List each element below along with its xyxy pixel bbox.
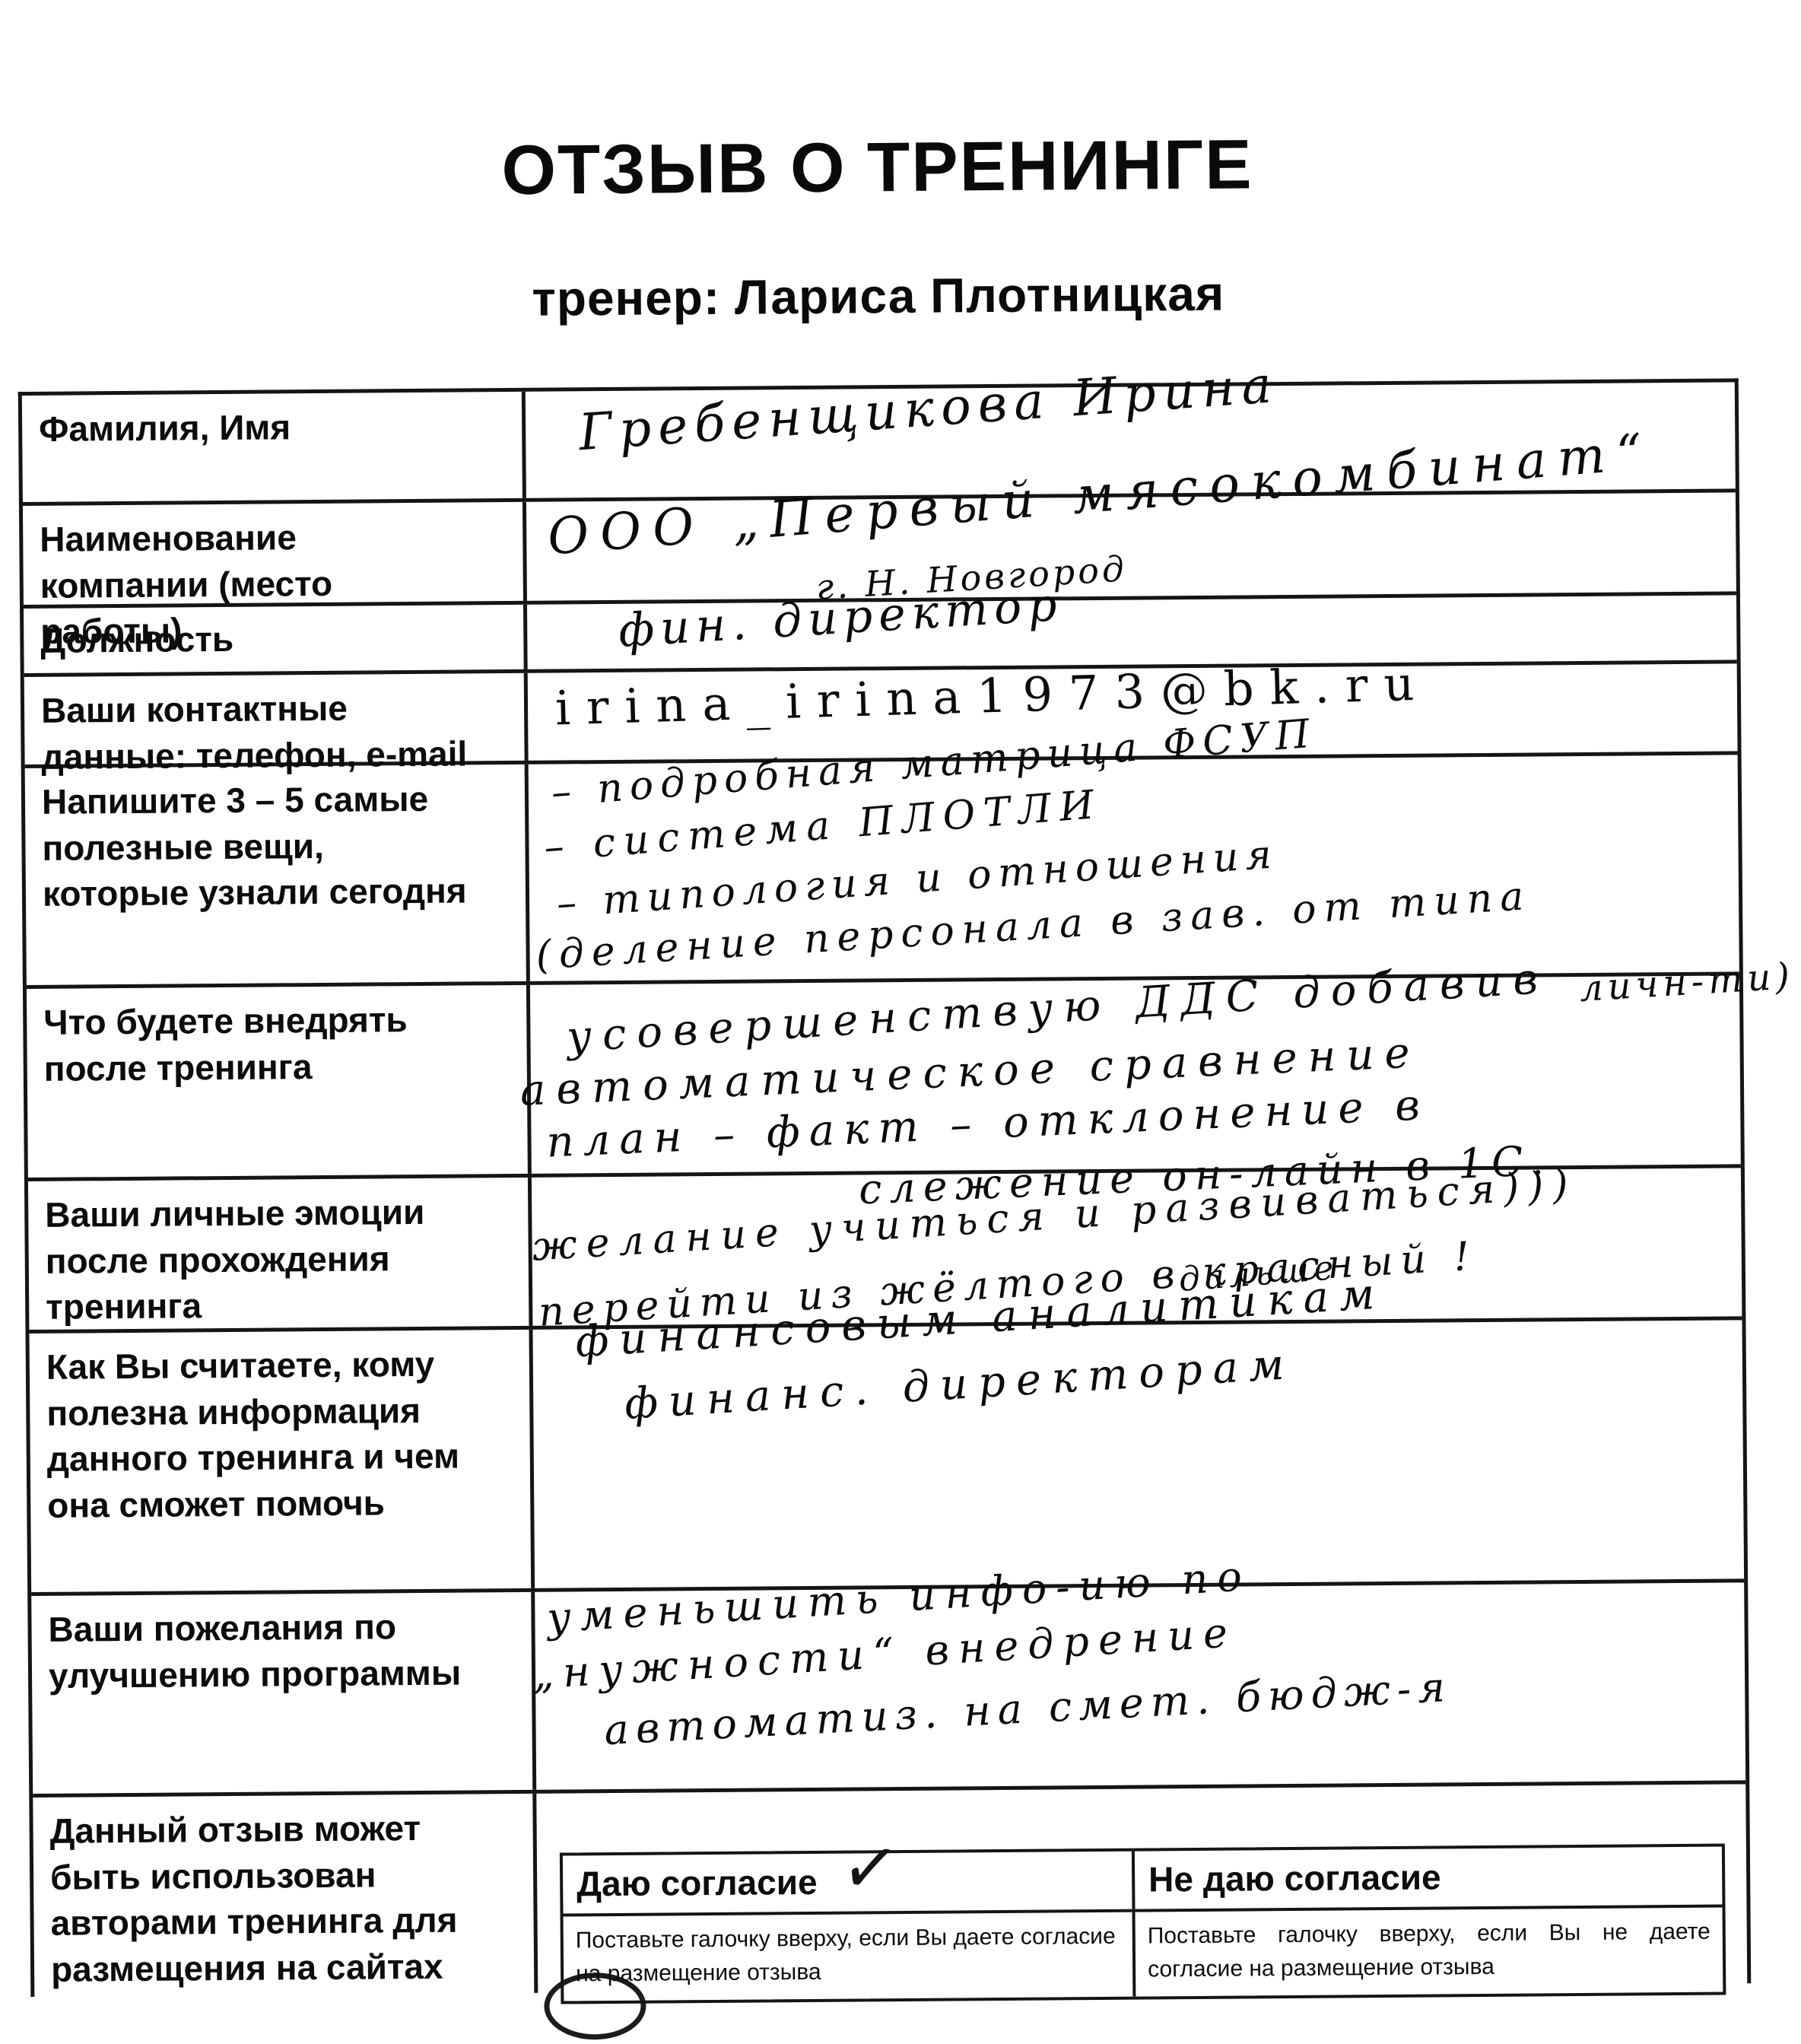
consent-decline-note: Поставьте галочку вверху, если Вы не дае… [1136,1908,1723,1992]
scanned-feedback-form: ОТЗЫВ О ТРЕНИНГЕ тренер: Лариса Плотницк… [0,0,1801,1992]
label-implement: Что будете внедрять после тренинга [27,985,532,1178]
value-company: ООО „Первый мясокомбинат“ г. Н. Новгород [526,492,1736,600]
label-name: Фамилия, Имя [22,392,526,502]
label-contact: Ваши контактные данные: телефон, e-mail [24,673,529,765]
feedback-table: Фамилия, Имя Гребенщикова Ирина Наименов… [18,378,1752,1992]
value-implement: усовершенствую ДДС добавив автоматическо… [530,975,1741,1173]
table-row-consent: Данный отзыв может быть использован авто… [33,1784,1747,1992]
table-row-who-benefits: Как Вы считаете, кому полезна информация… [30,1320,1745,1596]
consent-agree-cell: Даю согласие ✓ [563,1852,1136,1914]
consent-decline-label: Не даю согласие [1148,1857,1441,1899]
label-emotions: Ваши личные эмоции после прохождения тре… [28,1178,533,1330]
page-title: ОТЗЫВ О ТРЕНИНГЕ [0,121,1760,215]
handwriting-name: Гребенщикова Ирина [577,360,1280,458]
table-row-implement: Что будете внедрять после тренинга усове… [27,975,1741,1181]
label-wishes: Ваши пожелания по улучшению программы [31,1592,536,1794]
table-row-position: Должность фин. директор [24,595,1737,677]
consent-agree-note: Поставьте галочку вверху, если Вы даете … [564,1912,1136,1992]
consent-header: Даю согласие ✓ Не даю согласие [563,1847,1723,1914]
value-useful-things: – подробная матрица ФСУП – система ПЛОТЛ… [529,755,1739,981]
table-row-wishes: Ваши пожелания по улучшению программы ум… [31,1582,1745,1798]
checkmark-icon: ✓ [836,1821,904,1916]
label-useful-things: Напишите 3 – 5 самые полезные вещи, кото… [25,765,530,985]
label-position: Должность [24,605,528,673]
label-consent: Данный отзыв может быть использован авто… [33,1794,538,1992]
consent-table: Даю согласие ✓ Не даю согласие Поставьте… [560,1844,1726,1992]
consent-notes: Поставьте галочку вверху, если Вы даете … [564,1905,1723,1992]
handwriting-useful-5: личн-ти) [1579,958,1796,1007]
value-position: фин. директор [527,595,1737,669]
table-row-useful-things: Напишите 3 – 5 самые полезные вещи, кото… [25,755,1739,989]
page-subtitle: тренер: Лариса Плотницкая [0,261,1761,331]
value-who-benefits: финансовым аналитикам финанс. директорам [532,1320,1744,1588]
label-company: Наименование компании (место работы) [23,502,527,605]
label-who-benefits: Как Вы считаете, кому полезна информация… [30,1330,535,1592]
consent-decline-cell: Не даю согласие [1135,1847,1723,1909]
value-wishes: уменьшить инфо-ию по „нужности“ внедрени… [535,1582,1745,1789]
consent-agree-label: Даю согласие [577,1862,818,1903]
value-consent: Даю согласие ✓ Не даю согласие Поставьте… [536,1784,1747,1992]
